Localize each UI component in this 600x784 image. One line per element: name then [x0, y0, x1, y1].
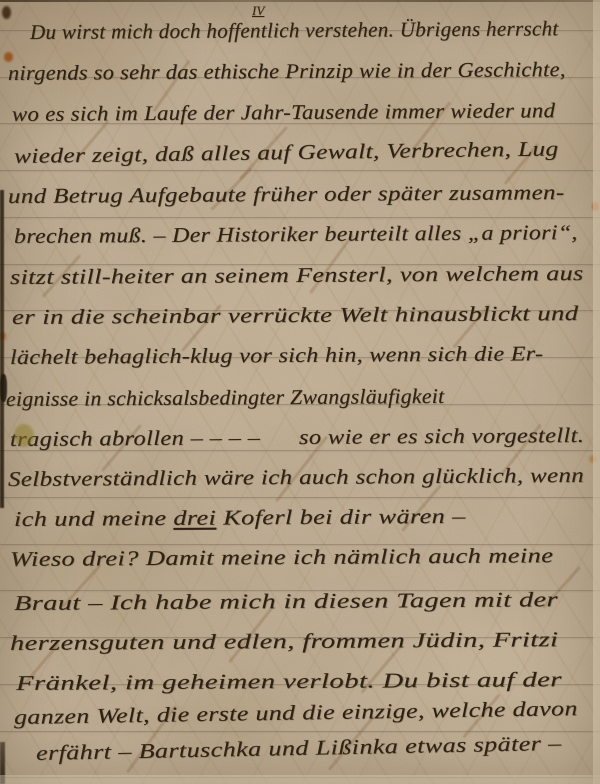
paper-edge-right	[593, 0, 600, 784]
dark-paper-edge-left	[0, 190, 4, 508]
bleedthrough-stroke	[210, 167, 252, 211]
ruled-lines-layer	[0, 0, 600, 784]
handwritten-line-4: wieder zeigt, daß alles auf Gewalt, Verb…	[14, 136, 559, 169]
ruled-line	[0, 404, 600, 405]
page-number-roman: IV	[252, 3, 264, 19]
ruled-line	[0, 357, 600, 358]
handwritten-line-8: er in die scheinbar verrückte Welt hinau…	[12, 301, 579, 330]
handwritten-line-14: Wieso drei? Damit meine ich nämlich auch…	[10, 543, 553, 572]
paper-mottling	[0, 0, 600, 784]
handwritten-line-15: Braut – Ich habe mich in diesen Tagen mi…	[14, 587, 558, 616]
handwritten-line-19: erfährt – Bartuschka und Lißinka etwas s…	[36, 731, 562, 766]
bleedthrough-stroke	[228, 605, 275, 664]
ruled-line	[0, 450, 600, 451]
bleedthrough-stroke	[360, 644, 402, 693]
handwritten-line-18: ganzen Welt, die erste und die einzige, …	[14, 696, 578, 730]
olive-stain-left	[14, 424, 34, 447]
bleedthrough-stroke	[126, 705, 177, 773]
ruled-line	[0, 123, 600, 124]
ruled-line	[0, 30, 600, 31]
bleedthrough-stroke	[239, 126, 288, 180]
bleedthrough-stroke	[101, 424, 142, 472]
handwritten-line-12: Selbstverständlich wäre ich auch schon g…	[8, 463, 584, 492]
bleedthrough-stroke	[452, 304, 490, 349]
bleedthrough-stroke	[501, 424, 542, 475]
ruled-line	[0, 217, 600, 218]
ruled-line	[0, 264, 600, 265]
handwritten-line-1: Du wirst mich doch hoffentlich verstehen…	[30, 16, 559, 45]
handwritten-line-16: herzensguten und edlen, frommen Jüdin, F…	[10, 627, 558, 656]
letter-page: IV Du wirst mich doch hoffentlich verste…	[0, 0, 600, 784]
handwritten-line-6: brechen muß. – Der Historiker beurteilt …	[14, 220, 578, 249]
bleedthrough-stroke	[62, 564, 102, 608]
paper-edge-bottom	[0, 775, 600, 784]
vignette	[0, 0, 600, 784]
handwritten-line-17: Fränkel, im geheimen verlobt. Du bist au…	[16, 667, 562, 696]
bleedthrough-stroke	[74, 120, 110, 162]
handwritten-line-3: wo es sich im Laufe der Jahr-Tausende im…	[12, 98, 555, 127]
handwritten-line-10: eignisse in schicksalsbedingter Zwangslä…	[6, 384, 445, 412]
paper-texture	[0, 0, 600, 784]
bleedthrough-stroke	[24, 643, 60, 685]
ruled-line	[0, 170, 600, 171]
ink-bleedthrough-strokes	[0, 0, 600, 784]
ruled-line	[0, 684, 600, 685]
handwritten-line-5: und Betrug Aufgebaute früher oder später…	[8, 180, 565, 209]
bleedthrough-stroke	[401, 484, 442, 532]
ruled-line	[0, 544, 600, 545]
bleedthrough-stroke	[462, 694, 500, 739]
bleedthrough-stroke	[152, 60, 190, 113]
ruled-line	[0, 590, 600, 591]
dark-paper-edge-top	[0, 0, 600, 2]
ruled-line	[0, 77, 600, 78]
bleedthrough-stroke	[328, 715, 375, 771]
underlined-word: drei	[173, 506, 216, 530]
ruled-line	[0, 637, 600, 638]
handwritten-line-9: lächelt behaglich-klug vor sich hin, wen…	[10, 341, 543, 370]
ink-blot-top-left	[2, 6, 11, 19]
handwritten-line-13: ich und meine drei Koferl bei dir wären …	[14, 504, 466, 532]
bleedthrough-stroke	[42, 254, 82, 298]
handwriting-layer: Du wirst mich doch hoffentlich verstehen…	[0, 0, 600, 784]
handwritten-line-2: nirgends so sehr das ethische Prinzip wi…	[8, 57, 566, 86]
ruled-line	[0, 310, 600, 311]
ruled-line	[0, 731, 600, 732]
bleedthrough-stroke	[275, 436, 328, 502]
bleedthrough-stroke	[412, 101, 451, 150]
bleedthrough-stroke	[504, 143, 540, 185]
bleedthrough-stroke	[542, 566, 581, 609]
bleedthrough-stroke	[309, 234, 354, 294]
rust-stain-left	[4, 52, 13, 62]
ruled-line	[0, 497, 600, 498]
dark-paper-edge-left-blob	[0, 374, 7, 402]
bleedthrough-stroke	[181, 304, 222, 352]
handwritten-line-11: tragisch abrollen – – – – so wie er es s…	[10, 423, 584, 452]
ink-bleedthrough-layer	[0, 0, 600, 784]
handwritten-line-7: sitzt still-heiter an seinem Fensterl, v…	[10, 261, 584, 290]
